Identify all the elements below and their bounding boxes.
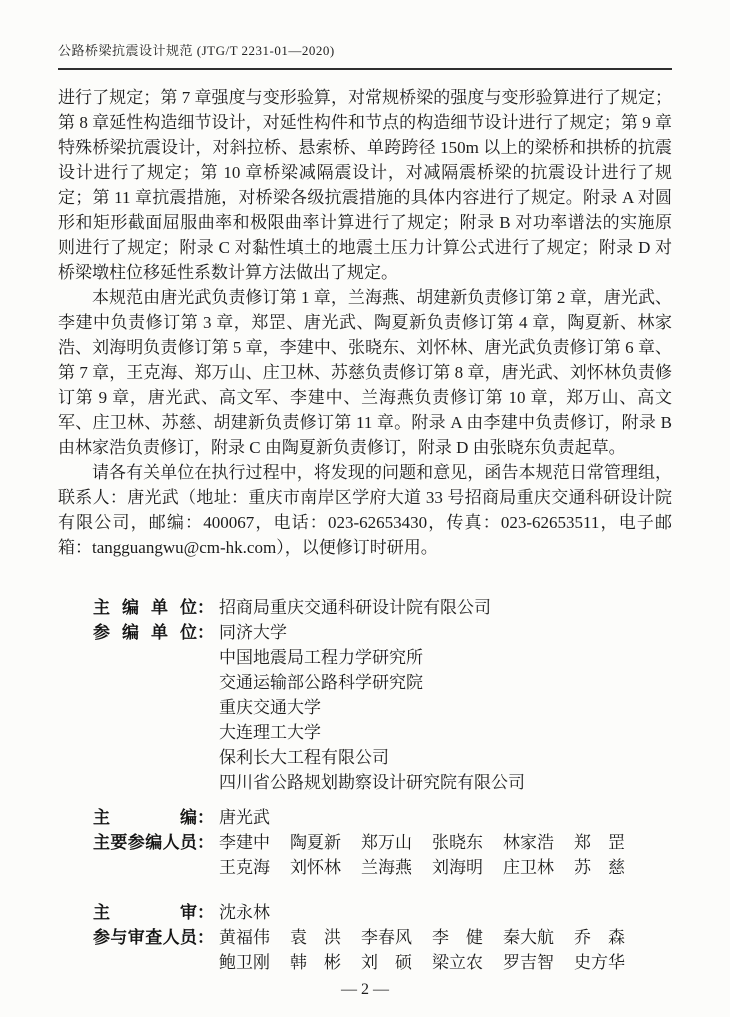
chief-edit-unit-label: 主编单位: [93, 595, 197, 620]
paragraph-revision-authors: 本规范由唐光武负责修订第 1 章，兰海燕、胡建新负责修订第 2 章，唐光武、李建…: [58, 285, 672, 460]
person-name: 王克海: [219, 855, 270, 880]
person-name: 乔 森: [574, 925, 625, 950]
review-participants-grid: 黄福伟 袁 洪 李春风 李 健 秦大航 乔 森 鲍卫刚 韩 彬 刘 硕 梁立农 …: [219, 925, 625, 975]
participating-unit: 保利长大工程有限公司: [219, 745, 525, 770]
person-name: 史方华: [574, 950, 625, 975]
review-participants-row: 参与审查人员： 黄福伟 袁 洪 李春风 李 健 秦大航 乔 森 鲍卫刚 韩 彬 …: [93, 925, 672, 975]
participating-unit: 同济大学: [219, 620, 525, 645]
person-name: 秦大航: [503, 925, 554, 950]
person-name: 黄福伟: [219, 925, 270, 950]
edit-units-section: 主编单位： 招商局重庆交通科研设计院有限公司 参编单位： 同济大学 中国地震局工…: [58, 595, 672, 795]
credits-block: 主编单位： 招商局重庆交通科研设计院有限公司 参编单位： 同济大学 中国地震局工…: [58, 595, 672, 975]
running-header-title: 公路桥梁抗震设计规范 (JTG/T 2231-01—2020): [58, 42, 672, 60]
person-name: 刘 硕: [361, 950, 412, 975]
person-name: 李春风: [361, 925, 412, 950]
participating-units-label: 参编单位: [93, 620, 197, 645]
chief-editor-value: 唐光武: [219, 805, 270, 830]
participating-unit: 四川省公路规划勘察设计研究院有限公司: [219, 770, 525, 795]
document-body: 进行了规定；第 7 章强度与变形验算，对常规桥梁的强度与变形验算进行了规定；第 …: [58, 85, 672, 560]
person-name: 鲍卫刚: [219, 950, 270, 975]
participating-units-row: 参编单位： 同济大学 中国地震局工程力学研究所 交通运输部公路科学研究院 重庆交…: [93, 620, 672, 795]
chief-reviewer-colon: ：: [197, 900, 214, 925]
person-name: 李 健: [432, 925, 483, 950]
review-participants-colon: ：: [197, 925, 214, 950]
participating-unit: 中国地震局工程力学研究所: [219, 645, 525, 670]
person-name: 陶夏新: [290, 830, 341, 855]
person-name: 兰海燕: [361, 855, 412, 880]
chief-reviewer-row: 主审： 沈永林: [93, 900, 672, 925]
person-name: 郑万山: [361, 830, 412, 855]
chief-editor-row: 主编： 唐光武: [93, 805, 672, 830]
paragraph-contact-info: 请各有关单位在执行过程中，将发现的问题和意见，函告本规范日常管理组，联系人：唐光…: [58, 460, 672, 560]
person-name: 梁立农: [432, 950, 483, 975]
person-name: 刘海明: [432, 855, 483, 880]
chief-edit-unit-row: 主编单位： 招商局重庆交通科研设计院有限公司: [93, 595, 672, 620]
person-name: 罗吉智: [503, 950, 554, 975]
person-name: 韩 彬: [290, 950, 341, 975]
person-name: 袁 洪: [290, 925, 341, 950]
person-name: 张晓东: [432, 830, 483, 855]
person-name: 庄卫林: [503, 855, 554, 880]
chief-reviewer-value: 沈永林: [219, 900, 270, 925]
main-participants-grid: 李建中 陶夏新 郑万山 张晓东 林家浩 郑 罡 王克海 刘怀林 兰海燕 刘海明 …: [219, 830, 625, 880]
paragraph-chapter-summary: 进行了规定；第 7 章强度与变形验算，对常规桥梁的强度与变形验算进行了规定；第 …: [58, 85, 672, 285]
header-rule: [58, 68, 672, 70]
person-name: 李建中: [219, 830, 270, 855]
participating-unit: 交通运输部公路科学研究院: [219, 670, 525, 695]
participating-unit: 大连理工大学: [219, 720, 525, 745]
review-participants-row-1: 黄福伟 袁 洪 李春风 李 健 秦大航 乔 森: [219, 925, 625, 950]
participating-unit: 重庆交通大学: [219, 695, 525, 720]
person-name: 郑 罡: [574, 830, 625, 855]
review-participants-label: 参与审查人员: [93, 925, 197, 950]
review-participants-row-2: 鲍卫刚 韩 彬 刘 硕 梁立农 罗吉智 史方华: [219, 950, 625, 975]
chief-editor-colon: ：: [197, 805, 214, 830]
main-participants-row-1: 李建中 陶夏新 郑万山 张晓东 林家浩 郑 罡: [219, 830, 625, 855]
editors-section: 主编： 唐光武 主要参编人员： 李建中 陶夏新 郑万山 张晓东 林家浩 郑 罡 …: [58, 805, 672, 880]
main-participants-label: 主要参编人员: [93, 830, 197, 855]
document-page: 公路桥梁抗震设计规范 (JTG/T 2231-01—2020) 进行了规定；第 …: [0, 0, 730, 1017]
chief-reviewer-label: 主审: [93, 900, 197, 925]
reviewers-section: 主审： 沈永林 参与审查人员： 黄福伟 袁 洪 李春风 李 健 秦大航 乔 森 …: [58, 900, 672, 975]
chief-editor-label: 主编: [93, 805, 197, 830]
page-header: 公路桥梁抗震设计规范 (JTG/T 2231-01—2020): [58, 42, 672, 70]
main-participants-colon: ：: [197, 830, 214, 855]
person-name: 苏 慈: [574, 855, 625, 880]
participating-units-list: 同济大学 中国地震局工程力学研究所 交通运输部公路科学研究院 重庆交通大学 大连…: [219, 620, 525, 795]
person-name: 林家浩: [503, 830, 554, 855]
page-number: — 2 —: [341, 981, 389, 998]
participating-units-colon: ：: [197, 620, 214, 645]
page-footer: — 2 —: [58, 977, 672, 1002]
chief-edit-unit-value: 招商局重庆交通科研设计院有限公司: [219, 595, 491, 620]
main-participants-row-2: 王克海 刘怀林 兰海燕 刘海明 庄卫林 苏 慈: [219, 855, 625, 880]
main-participants-row: 主要参编人员： 李建中 陶夏新 郑万山 张晓东 林家浩 郑 罡 王克海 刘怀林 …: [93, 830, 672, 880]
person-name: 刘怀林: [290, 855, 341, 880]
chief-edit-unit-colon: ：: [197, 595, 214, 620]
